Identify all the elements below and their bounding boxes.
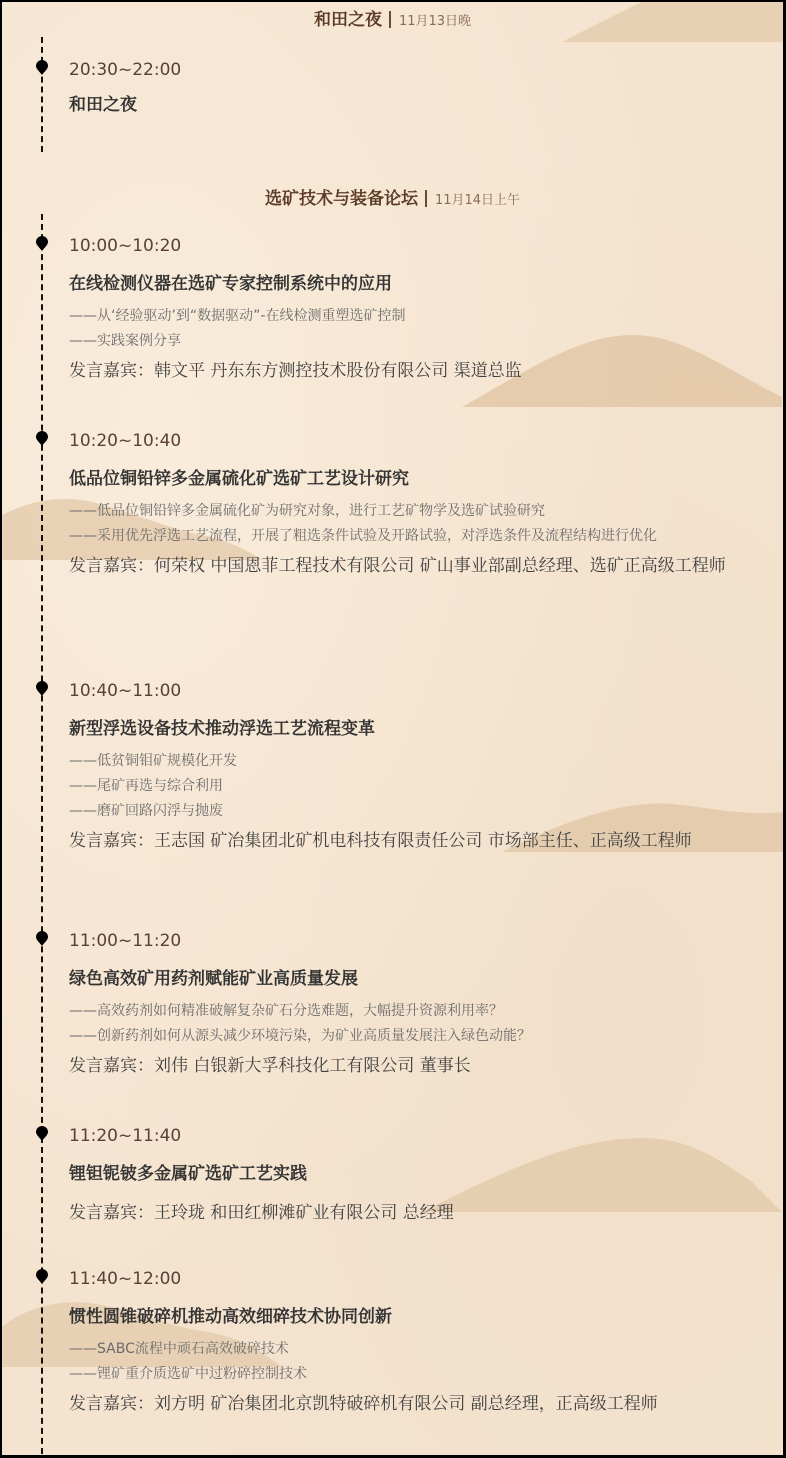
agenda-subtopic: ——实践案例分享 <box>69 329 749 354</box>
agenda-item: 10:00~10:20 在线检测仪器在选矿专家控制系统中的应用 ——从‘经验驱动… <box>69 234 749 387</box>
agenda-title: 新型浮选设备技术推动浮选工艺流程变革 <box>69 717 749 741</box>
agenda-subtopic: ——锂矿重介质选矿中过粉碎控制技术 <box>69 1362 749 1387</box>
agenda-subtopic: ——创新药剂如何从源头减少环境污染，为矿业高质量发展注入绿色动能？ <box>69 1024 749 1049</box>
agenda-subtopic: ——SABC流程中顽石高效破碎技术 <box>69 1337 749 1362</box>
agenda-subtopic: ——高效药剂如何精准破解复杂矿石分选难题，大幅提升资源利用率？ <box>69 999 749 1024</box>
agenda-item: 10:40~11:00 新型浮选设备技术推动浮选工艺流程变革 ——低贫铜钼矿规模… <box>69 679 749 857</box>
agenda-time: 10:00~10:20 <box>69 234 749 258</box>
agenda-item: 11:40~12:00 惯性圆锥破碎机推动高效细碎技术协同创新 ——SABC流程… <box>69 1267 749 1420</box>
agenda-subtopics: ——从‘经验驱动’到“数据驱动”-在线检测重塑选矿控制 ——实践案例分享 <box>69 304 749 354</box>
timeline-pin-icon <box>36 931 48 946</box>
agenda-speaker: 发言嘉宾：刘方明 矿冶集团北京凯特破碎机有限公司 副总经理，正高级工程师 <box>69 1389 749 1420</box>
section-date: 11月14日上午 <box>435 193 520 208</box>
agenda-page: 和田之夜11月13日晚 20:30~22:00 和田之夜 选矿技术与装备论坛11… <box>2 2 783 1455</box>
section-date: 11月13日晚 <box>399 14 471 29</box>
agenda-subtopic: ——低贫铜钼矿规模化开发 <box>69 749 749 774</box>
timeline-pin-icon <box>36 236 48 251</box>
agenda-item: 20:30~22:00 和田之夜 <box>69 58 749 117</box>
section-divider <box>425 190 427 207</box>
agenda-time: 11:40~12:00 <box>69 1267 749 1291</box>
timeline-pin-icon <box>36 60 48 75</box>
agenda-subtopics: ——低贫铜钼矿规模化开发 ——尾矿再选与综合利用 ——磨矿回路闪浮与抛废 <box>69 749 749 824</box>
agenda-speaker: 发言嘉宾：刘伟 白银新大孚科技化工有限公司 董事长 <box>69 1051 749 1082</box>
agenda-title: 锂钽铌铍多金属矿选矿工艺实践 <box>69 1162 749 1186</box>
timeline-pin-icon <box>36 1126 48 1141</box>
agenda-subtopics: ——SABC流程中顽石高效破碎技术 ——锂矿重介质选矿中过粉碎控制技术 <box>69 1337 749 1387</box>
section-title: 和田之夜 <box>314 10 382 30</box>
agenda-subtopics: ——高效药剂如何精准破解复杂矿石分选难题，大幅提升资源利用率？ ——创新药剂如何… <box>69 999 749 1049</box>
agenda-title: 绿色高效矿用药剂赋能矿业高质量发展 <box>69 967 749 991</box>
agenda-subtopics: ——低品位铜铅锌多金属硫化矿为研究对象，进行工艺矿物学及选矿试验研究 ——采用优… <box>69 499 749 549</box>
section-title: 选矿技术与装备论坛 <box>265 189 418 209</box>
section-header-forum: 选矿技术与装备论坛11月14日上午 <box>2 184 783 214</box>
timeline-pin-icon <box>36 1269 48 1284</box>
agenda-time: 20:30~22:00 <box>69 58 749 82</box>
agenda-time: 10:40~11:00 <box>69 679 749 703</box>
agenda-time: 11:00~11:20 <box>69 929 749 953</box>
agenda-title: 和田之夜 <box>69 93 749 117</box>
agenda-time: 10:20~10:40 <box>69 429 749 453</box>
agenda-subtopic: ——尾矿再选与综合利用 <box>69 774 749 799</box>
timeline-pin-icon <box>36 681 48 696</box>
agenda-subtopic: ——磨矿回路闪浮与抛废 <box>69 799 749 824</box>
agenda-item: 10:20~10:40 低品位铜铅锌多金属硫化矿选矿工艺设计研究 ——低品位铜铅… <box>69 429 749 582</box>
agenda-title: 在线检测仪器在选矿专家控制系统中的应用 <box>69 272 749 296</box>
agenda-item: 11:00~11:20 绿色高效矿用药剂赋能矿业高质量发展 ——高效药剂如何精准… <box>69 929 749 1082</box>
agenda-title: 惯性圆锥破碎机推动高效细碎技术协同创新 <box>69 1305 749 1329</box>
agenda-time: 11:20~11:40 <box>69 1124 749 1148</box>
timeline-pin-icon <box>36 431 48 446</box>
agenda-subtopic: ——从‘经验驱动’到“数据驱动”-在线检测重塑选矿控制 <box>69 304 749 329</box>
agenda-speaker: 发言嘉宾：何荣权 中国恩菲工程技术有限公司 矿山事业部副总经理、选矿正高级工程师 <box>69 551 749 582</box>
timeline-line <box>41 37 43 152</box>
agenda-speaker: 发言嘉宾：韩文平 丹东东方测控技术股份有限公司 渠道总监 <box>69 356 749 387</box>
agenda-speaker: 发言嘉宾：王玲珑 和田红柳滩矿业有限公司 总经理 <box>69 1198 749 1229</box>
agenda-subtopic: ——低品位铜铅锌多金属硫化矿为研究对象，进行工艺矿物学及选矿试验研究 <box>69 499 749 524</box>
agenda-item: 11:20~11:40 锂钽铌铍多金属矿选矿工艺实践 发言嘉宾：王玲珑 和田红柳… <box>69 1124 749 1229</box>
section-divider <box>389 11 391 28</box>
agenda-subtopic: ——采用优先浮选工艺流程，开展了粗选条件试验及开路试验，对浮选条件及流程结构进行… <box>69 524 749 549</box>
section-header-night: 和田之夜11月13日晚 <box>2 5 783 35</box>
agenda-speaker: 发言嘉宾：王志国 矿冶集团北矿机电科技有限责任公司 市场部主任、正高级工程师 <box>69 826 749 857</box>
agenda-title: 低品位铜铅锌多金属硫化矿选矿工艺设计研究 <box>69 467 749 491</box>
